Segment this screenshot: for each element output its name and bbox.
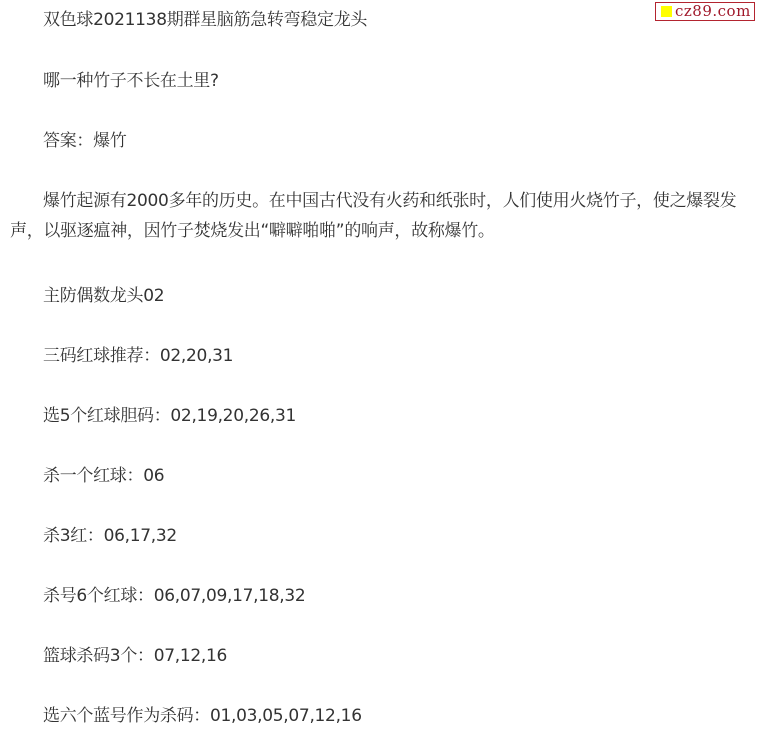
prediction-kill-six-red: 杀号6个红球：06,07,09,17,18,32	[10, 581, 755, 611]
article-title: 双色球2021138期群星脑筋急转弯稳定龙头	[10, 5, 755, 35]
site-watermark: cz89.com	[655, 2, 755, 21]
riddle-explanation: 爆竹起源有2000多年的历史。在中国古代没有火药和纸张时，人们使用火烧竹子，使之…	[10, 186, 755, 246]
prediction-leading-number: 主防偶数龙头02	[10, 281, 755, 311]
yellow-square-icon	[661, 6, 672, 17]
prediction-five-red-core: 选5个红球胆码：02,19,20,26,31	[10, 401, 755, 431]
watermark-text: cz89.com	[675, 3, 751, 20]
prediction-kill-three-blue: 篮球杀码3个：07,12,16	[10, 641, 755, 671]
riddle-answer: 答案：爆竹	[10, 126, 755, 156]
prediction-kill-three-red: 杀3红：06,17,32	[10, 521, 755, 551]
prediction-kill-one-red: 杀一个红球：06	[10, 461, 755, 491]
prediction-three-red: 三码红球推荐：02,20,31	[10, 341, 755, 371]
prediction-kill-six-blue: 选六个蓝号作为杀码：01,03,05,07,12,16	[10, 701, 755, 731]
riddle-question: 哪一种竹子不长在土里?	[10, 66, 755, 96]
